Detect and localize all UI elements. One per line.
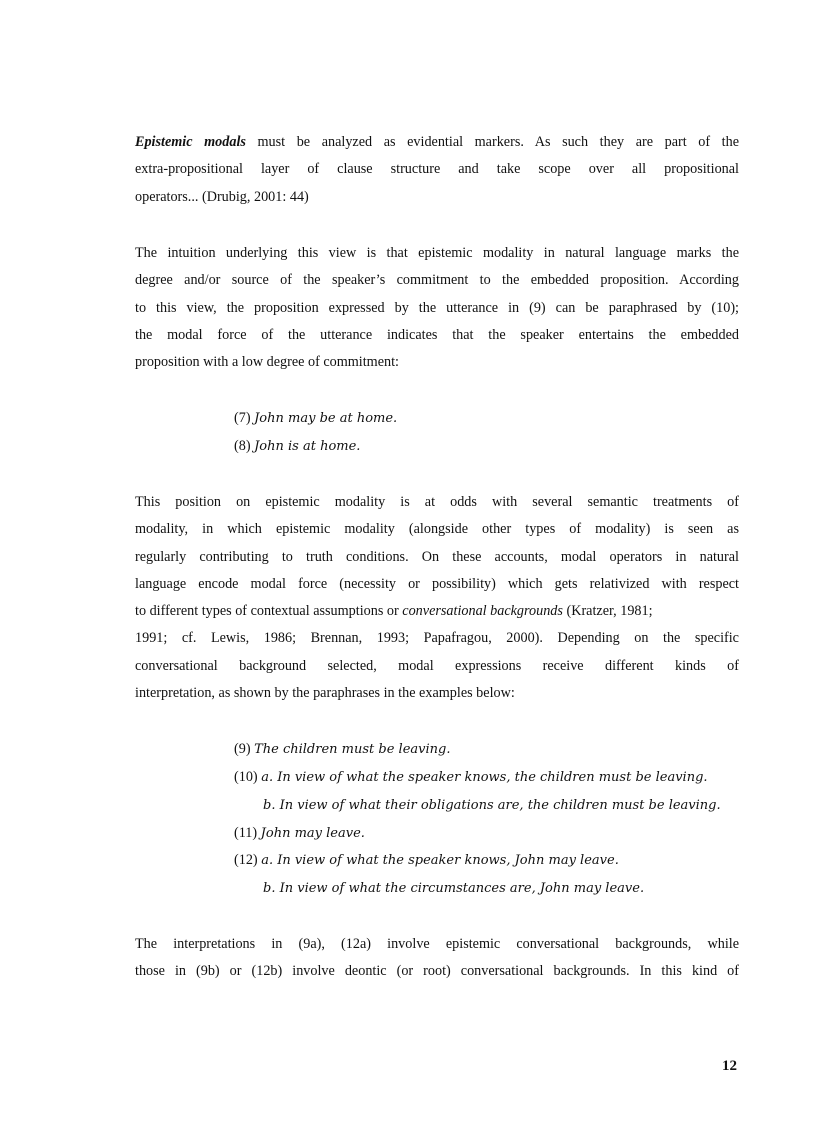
example-number: (10): [234, 769, 261, 785]
quote-line-3: operators... (Drubig, 2001: 44): [135, 184, 739, 211]
example-number: (7): [234, 410, 254, 426]
text-line: This position on epistemic modality is a…: [135, 489, 739, 516]
text-line: degree and/or source of the speaker’s co…: [135, 267, 739, 294]
text-line: conversational background selected, moda…: [135, 653, 739, 680]
text-line: language encode modal force (necessity o…: [135, 571, 739, 598]
text-line: to this view, the proposition expressed …: [135, 295, 739, 322]
example-text: a. In view of what the speaker knows, th…: [261, 770, 707, 785]
example-text: John may leave.: [261, 826, 365, 841]
text-line: those in (9b) or (12b) involve deontic (…: [135, 958, 739, 985]
italic-term: conversational backgrounds: [402, 603, 563, 619]
quote-line-2: extra-propositional layer of clause stru…: [135, 156, 739, 183]
text-line: modality, in which epistemic modality (a…: [135, 516, 739, 543]
example-text: a. In view of what the speaker knows, Jo…: [261, 853, 619, 868]
example-number: (12): [234, 852, 261, 868]
paragraph-intuition: The intuition underlying this view is th…: [135, 240, 739, 376]
example-10b: b. In view of what their obligations are…: [263, 792, 721, 820]
example-10a: (10) a. In view of what the speaker know…: [234, 764, 708, 792]
paragraph-interpretations: The interpretations in (9a), (12a) invol…: [135, 931, 739, 986]
example-11: (11) John may leave.: [234, 820, 365, 848]
quote-line-1: Epistemic modals must be analyzed as evi…: [135, 129, 739, 156]
example-text: The children must be leaving.: [254, 742, 450, 757]
example-12a: (12) a. In view of what the speaker know…: [234, 847, 619, 875]
example-text: John is at home.: [254, 439, 360, 454]
example-number: (8): [234, 438, 254, 454]
example-7: (7) John may be at home.: [234, 405, 397, 433]
text-line: interpretation, as shown by the paraphra…: [135, 680, 739, 707]
text-line: proposition with a low degree of commitm…: [135, 349, 739, 376]
epistemic-quote: Epistemic modals must be analyzed as evi…: [135, 129, 739, 211]
example-text: John may be at home.: [254, 411, 397, 426]
example-number: (9): [234, 741, 254, 757]
quote-lead-term: Epistemic modals: [135, 134, 246, 150]
text-line: 1991; cf. Lewis, 1986; Brennan, 1993; Pa…: [135, 625, 739, 652]
page-number: 12: [722, 1058, 737, 1075]
text-line: to different types of contextual assumpt…: [135, 598, 739, 625]
example-text: b. In view of what the circumstances are…: [263, 881, 644, 896]
text-line: The interpretations in (9a), (12a) invol…: [135, 931, 739, 958]
example-8: (8) John is at home.: [234, 433, 360, 461]
text-line: the modal force of the utterance indicat…: [135, 322, 739, 349]
text-line: regularly contributing to truth conditio…: [135, 544, 739, 571]
example-9: (9) The children must be leaving.: [234, 736, 450, 764]
paragraph-position: This position on epistemic modality is a…: [135, 489, 739, 707]
text-line: The intuition underlying this view is th…: [135, 240, 739, 267]
example-number: (11): [234, 825, 261, 841]
example-text: b. In view of what their obligations are…: [263, 798, 721, 813]
example-12b: b. In view of what the circumstances are…: [263, 875, 644, 903]
